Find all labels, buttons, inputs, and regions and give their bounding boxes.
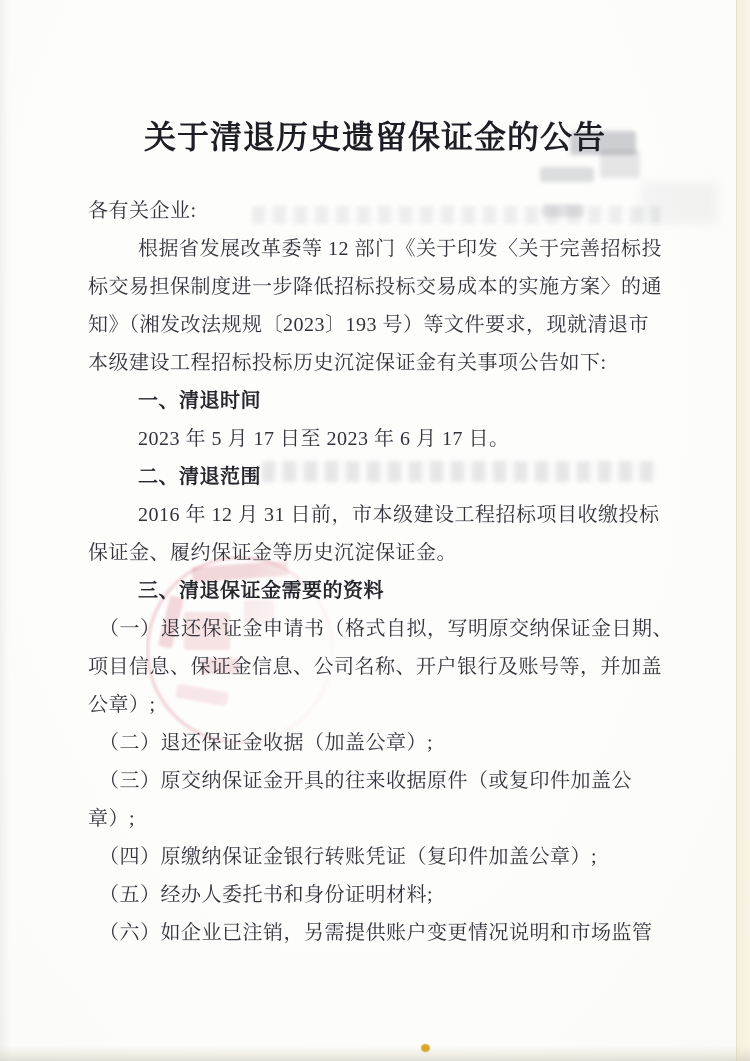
paper-right-edge <box>736 0 750 1061</box>
document-line: （三）原交纳保证金开具的往来收据原件（或复印件加盖公 <box>88 762 674 800</box>
document-line: 一、清退时间 <box>88 382 674 420</box>
document-line: 各有关企业: <box>88 192 674 230</box>
bleed-through-smudge <box>540 167 594 182</box>
document-line: 保证金、履约保证金等历史沉淀保证金。 <box>88 534 674 572</box>
document-line: （一）退还保证金申请书（格式自拟，写明原交纳保证金日期、 <box>88 610 674 648</box>
paper-bottom-edge <box>0 1046 750 1061</box>
document-line: （五）经办人委托书和身份证明材料; <box>88 876 674 914</box>
bottom-punch-mark <box>421 1044 430 1052</box>
document-title: 关于清退历史遗留保证金的公告 <box>0 114 750 160</box>
document-line: 2023 年 5 月 17 日至 2023 年 6 月 17 日。 <box>88 420 674 458</box>
document-line: 2016 年 12 月 31 日前，市本级建设工程招标项目收缴投标 <box>88 496 674 534</box>
document-line: 公章）; <box>88 686 674 724</box>
document-line: 标交易担保制度进一步降低招标投标交易成本的实施方案〉的通 <box>88 268 674 306</box>
document-line: （二）退还保证金收据（加盖公章）; <box>88 724 674 762</box>
paper-left-edge-shadow <box>0 0 10 1061</box>
document-line: （四）原缴纳保证金银行转账凭证（复印件加盖公章）; <box>88 838 674 876</box>
document-line: 章）; <box>88 800 674 838</box>
document-line: （六）如企业已注销，另需提供账户变更情况说明和市场监管 <box>88 914 674 952</box>
document-line: 二、清退范围 <box>88 458 674 496</box>
document-line: 三、清退保证金需要的资料 <box>88 572 674 610</box>
document-line: 项目信息、保证金信息、公司名称、开户银行及账号等，并加盖 <box>88 648 674 686</box>
document-body: 各有关企业:根据省发展改革委等 12 部门《关于印发〈关于完善招标投标交易担保制… <box>88 192 674 952</box>
document-line: 根据省发展改革委等 12 部门《关于印发〈关于完善招标投 <box>88 230 674 268</box>
document-line: 知》（湘发改法规规〔2023〕193 号）等文件要求，现就清退市 <box>88 306 674 344</box>
scanned-document-page: 关于清退历史遗留保证金的公告 各有关企业:根据省发展改革委等 12 部门《关于印… <box>0 0 750 1061</box>
document-line: 本级建设工程招标投标历史沉淀保证金有关事项公告如下: <box>88 344 674 382</box>
